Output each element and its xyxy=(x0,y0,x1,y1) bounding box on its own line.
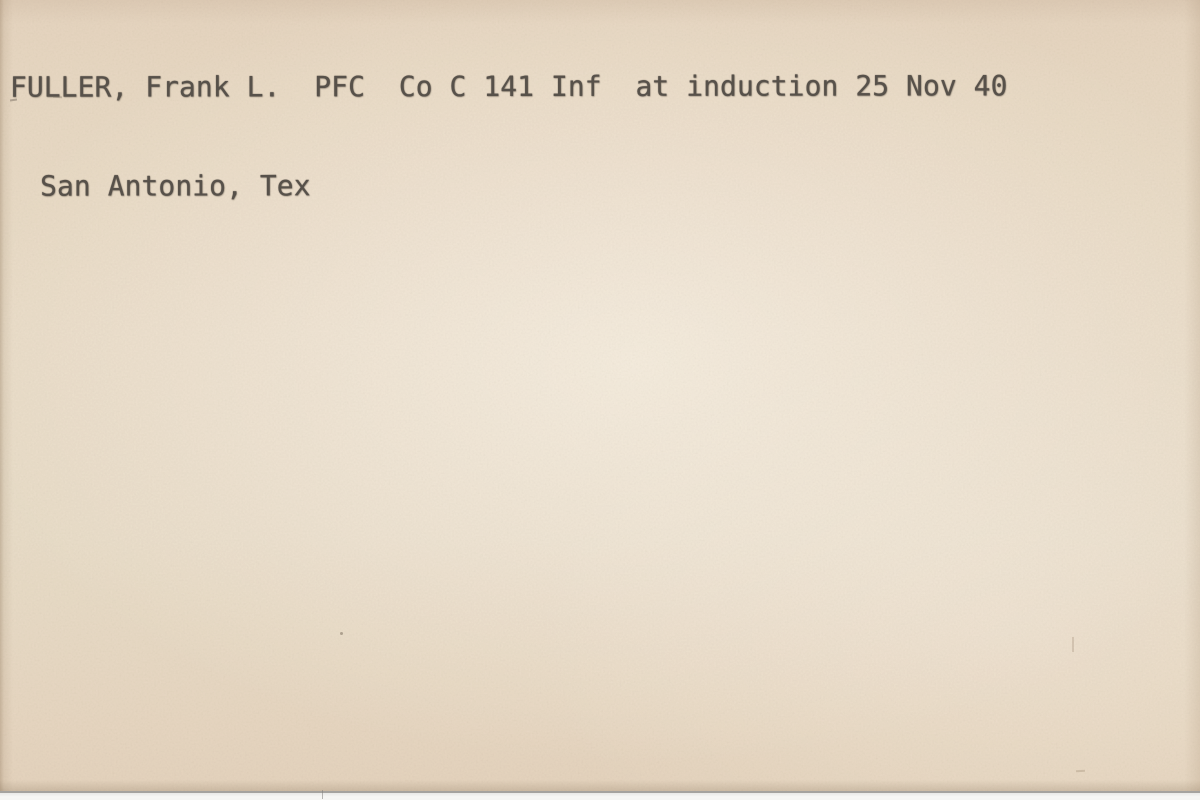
scanned-document: FULLER, Frank L. PFC Co C 141 Inf at ind… xyxy=(0,0,1200,800)
paper-smudge xyxy=(1072,637,1074,652)
paper-right-edge-shadow xyxy=(1182,0,1200,791)
typed-caption-block: FULLER, Frank L. PFC Co C 141 Inf at ind… xyxy=(10,3,1008,268)
scan-crease-hairline xyxy=(322,790,323,799)
typed-line-name-rank-unit-date: FULLER, Frank L. PFC Co C 141 Inf at ind… xyxy=(10,69,1008,103)
paper-bottom-edge-shadow xyxy=(0,779,1200,791)
paper-speck xyxy=(1076,770,1085,772)
scanner-background-strip xyxy=(0,793,1200,800)
paper-speck xyxy=(340,632,343,635)
index-card: FULLER, Frank L. PFC Co C 141 Inf at ind… xyxy=(0,0,1200,793)
typed-line-location: San Antonio, Tex xyxy=(10,168,1008,202)
